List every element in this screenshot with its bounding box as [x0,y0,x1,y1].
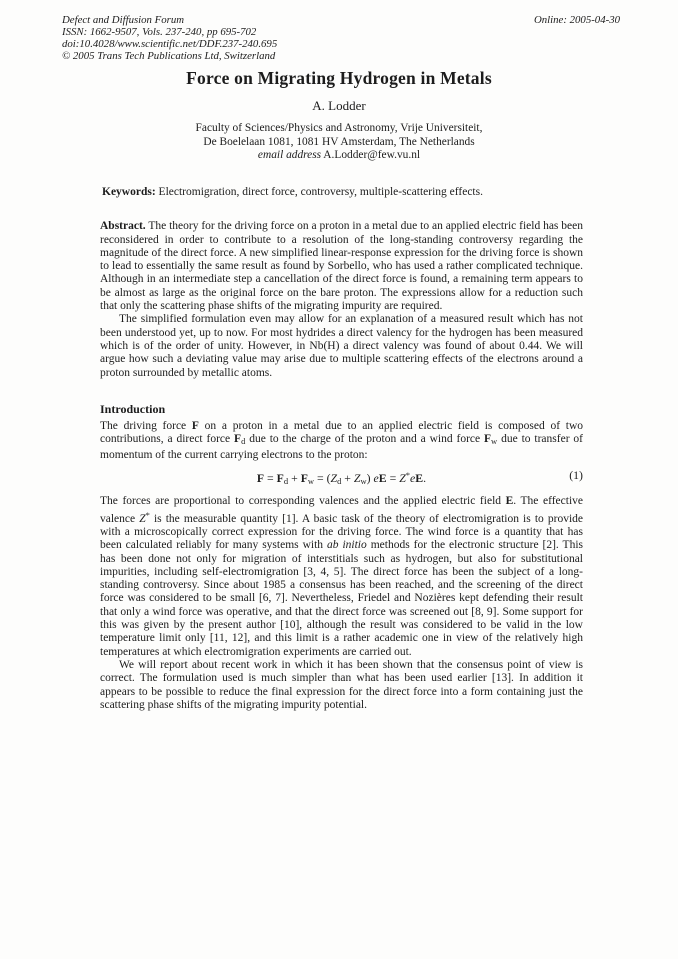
journal-header: Defect and Diffusion Forum ISSN: 1662-95… [62,14,620,62]
paper-page: Defect and Diffusion Forum ISSN: 1662-95… [0,0,678,959]
journal-copyright: © 2005 Trans Tech Publications Ltd, Swit… [62,50,277,62]
author-name: A. Lodder [62,98,616,114]
abstract-p1-text: The theory for the driving force on a pr… [100,220,583,312]
paper-title: Force on Migrating Hydrogen in Metals [62,68,616,89]
equation-1: F = Fd + Fw = (Zd + Zw) eE = Z*eE. (1) [100,469,583,488]
journal-doi: doi:10.4028/www.scientific.net/DDF.237-2… [62,38,277,50]
affiliation-block: Faculty of Sciences/Physics and Astronom… [62,122,616,163]
introduction-paragraph-3: We will report about recent work in whic… [100,659,583,712]
equation-1-number: (1) [569,469,583,482]
journal-issn-vols: ISSN: 1662-9507, Vols. 237-240, pp 695-7… [62,26,277,38]
introduction-heading: Introduction [100,403,583,416]
journal-name: Defect and Diffusion Forum [62,14,277,26]
keywords-text: Electromigration, direct force, controve… [156,186,483,198]
online-date: Online: 2005-04-30 [534,14,620,26]
body-column: Keywords: Electromigration, direct force… [100,186,583,712]
affiliation-line-1: Faculty of Sciences/Physics and Astronom… [62,122,616,136]
email-address-line: email address A.Lodder@few.vu.nl [62,149,616,163]
introduction-paragraph-2: The forces are proportional to correspon… [100,495,583,659]
abstract-label: Abstract. [100,220,146,232]
abstract-paragraph-2: The simplified formulation even may allo… [100,313,583,379]
keywords-label: Keywords: [102,186,156,198]
affiliation-line-2: De Boelelaan 1081, 1081 HV Amsterdam, Th… [62,136,616,150]
keywords-line: Keywords: Electromigration, direct force… [102,186,583,199]
equation-1-body: F = Fd + Fw = (Zd + Zw) eE = Z*eE. [257,471,426,485]
abstract-paragraph-1: Abstract. The theory for the driving for… [100,220,583,313]
journal-header-left: Defect and Diffusion Forum ISSN: 1662-95… [62,14,277,62]
abstract-section: Abstract. The theory for the driving for… [100,220,583,380]
introduction-paragraph-1: The driving force F on a proton in a met… [100,420,583,462]
